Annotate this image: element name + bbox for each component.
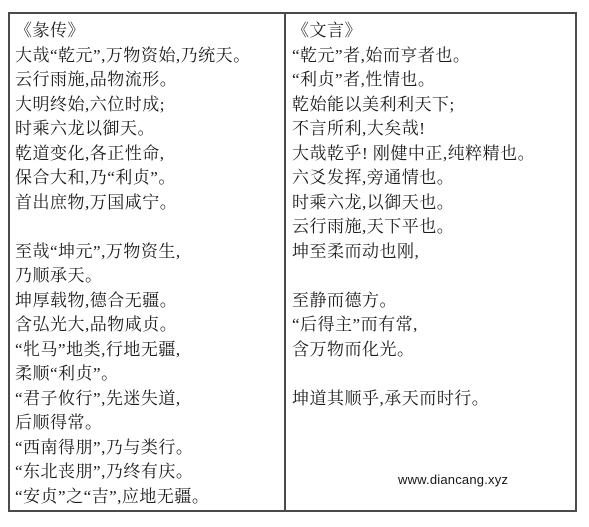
text-line: 首出庶物,万国咸宁。 <box>15 191 282 216</box>
text-line: 云行雨施,天下平也。 <box>292 215 573 240</box>
text-line: 柔顺“利贞”。 <box>15 362 282 387</box>
text-line: 至静而德方。 <box>292 289 573 314</box>
text-line: “西南得朋”,乃与类行。 <box>15 436 282 461</box>
text-line: 乃顺承天。 <box>15 264 282 289</box>
text-table: 《彖传》 大哉“乾元”,万物资始,乃统天。 云行雨施,品物流形。 大明终始,六位… <box>8 12 577 512</box>
text-line: “安贞”之“吉”,应地无疆。 <box>15 485 282 510</box>
text-line: “后得主”而有常, <box>292 313 573 338</box>
text-line: 时乘六龙,以御天也。 <box>292 191 573 216</box>
text-line: “牝马”地类,行地无疆, <box>15 338 282 363</box>
text-line: 乾始能以美利利天下; <box>292 93 573 118</box>
text-line: 不言所利,大矣哉! <box>292 117 573 142</box>
text-line: “君子攸行”,先迷失道, <box>15 387 282 412</box>
text-line: 六爻发挥,旁通情也。 <box>292 166 573 191</box>
column-title-wenyan: 《文言》 <box>292 19 573 44</box>
tuan-zhuan-column: 《彖传》 大哉“乾元”,万物资始,乃统天。 云行雨施,品物流形。 大明终始,六位… <box>10 14 286 510</box>
text-line: 坤厚载物,德合无疆。 <box>15 289 282 314</box>
column-title-tuanzhuan: 《彖传》 <box>15 19 282 44</box>
text-line: 坤至柔而动也刚, <box>292 240 573 265</box>
blank-line <box>15 215 282 240</box>
text-line: 含弘光大,品物咸贞。 <box>15 313 282 338</box>
blank-line <box>292 264 573 289</box>
text-line: 含万物而化光。 <box>292 338 573 363</box>
text-line: 大哉“乾元”,万物资始,乃统天。 <box>15 44 282 69</box>
text-line: 乾道变化,各正性命, <box>15 142 282 167</box>
text-line: 至哉“坤元”,万物资生, <box>15 240 282 265</box>
text-line: 时乘六龙以御天。 <box>15 117 282 142</box>
text-line: 大哉乾乎! 刚健中正,纯粹精也。 <box>292 142 573 167</box>
text-line: 保合大和,乃“利贞”。 <box>15 166 282 191</box>
text-line: “东北丧朋”,乃终有庆。 <box>15 460 282 485</box>
text-line: “乾元”者,始而亨者也。 <box>292 44 573 69</box>
text-line: 后顺得常。 <box>15 411 282 436</box>
text-line: “利贞”者,性情也。 <box>292 68 573 93</box>
text-line: 云行雨施,品物流形。 <box>15 68 282 93</box>
watermark: www.diancang.xyz <box>398 472 508 487</box>
wen-yan-column: 《文言》 “乾元”者,始而亨者也。 “利贞”者,性情也。 乾始能以美利利天下; … <box>286 14 575 510</box>
text-line: 坤道其顺乎,承天而时行。 <box>292 387 573 412</box>
blank-line <box>292 362 573 387</box>
text-line: 大明终始,六位时成; <box>15 93 282 118</box>
